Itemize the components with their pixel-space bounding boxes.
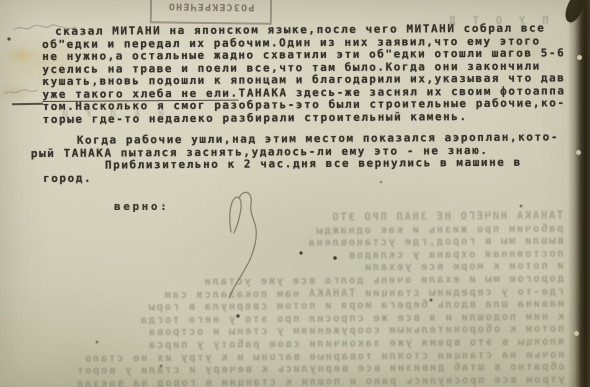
typed-line: торые где-то недалеко разбирали строител… bbox=[43, 110, 577, 126]
declassified-stamp: РОЗСЕКРЕЧЕНО bbox=[150, 0, 272, 25]
scanned-document-page: Г П У О Т Д Н А Л У И РОЗСЕКРЕЧЕНО сказа… bbox=[0, 0, 590, 387]
margin-underline-mark bbox=[12, 102, 43, 104]
certified-label: верно: bbox=[114, 200, 169, 213]
pencil-margin-mark bbox=[2, 86, 40, 98]
typed-text-block: сказал МИТАНИ на японском языке,после че… bbox=[42, 22, 577, 185]
ink-specks bbox=[0, 0, 2, 2]
bleedthrough-text-block: ТАНАКА НИЧЕГО НЕ ЗНАЛ ПРО ЭТО рабочим пр… bbox=[29, 210, 565, 387]
binding-corner-mark bbox=[563, 0, 587, 25]
binding-staple-dots bbox=[0, 0, 3, 3]
